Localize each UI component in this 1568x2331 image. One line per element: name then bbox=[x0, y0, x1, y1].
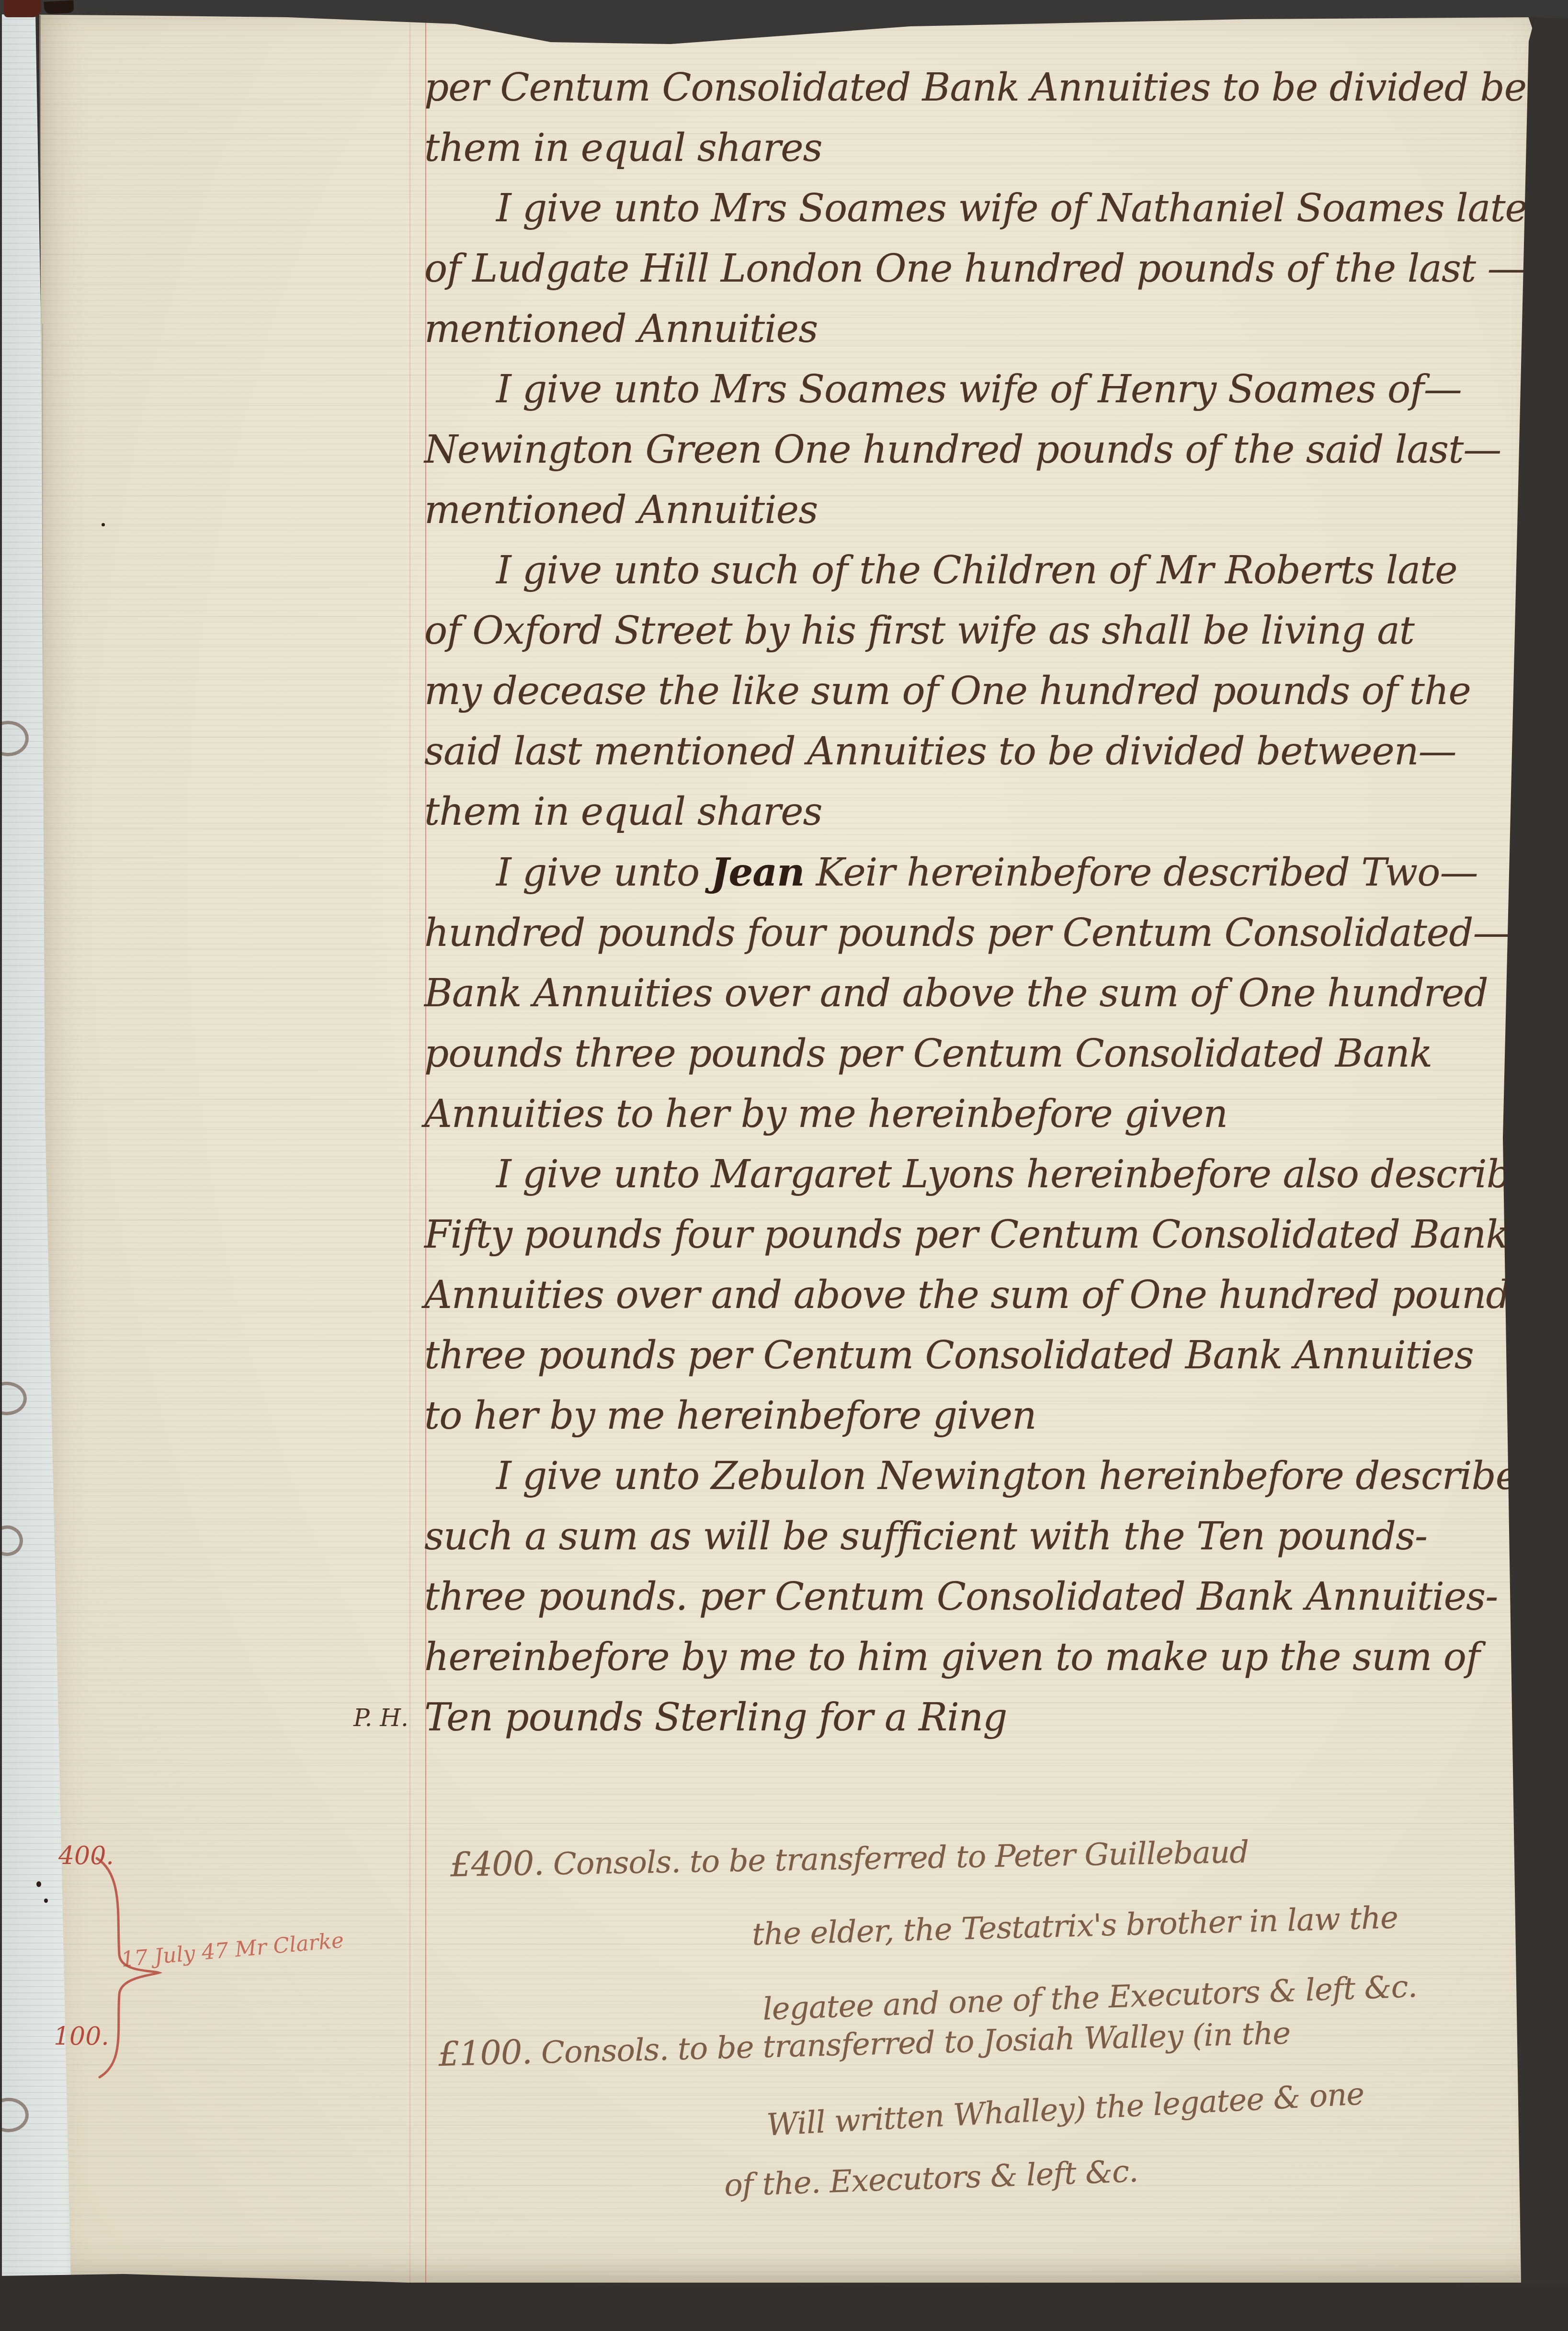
will-text-line: pounds three pounds per Centum Consolida… bbox=[424, 1023, 1526, 1084]
will-text-line: I give unto Zebulon Newington hereinbefo… bbox=[424, 1446, 1526, 1506]
will-text-line: mentioned Annuities bbox=[424, 480, 1526, 540]
will-text-line: Fifty pounds four pounds per Centum Cons… bbox=[424, 1205, 1526, 1265]
will-text-line: Newington Green One hundred pounds of th… bbox=[424, 420, 1526, 480]
will-text-line: hereinbefore by me to him given to make … bbox=[424, 1627, 1526, 1687]
will-text-line: my decease the like sum of One hundred p… bbox=[424, 661, 1526, 721]
will-text-line: I give unto Jean Keir hereinbefore descr… bbox=[424, 842, 1526, 903]
will-text-line: I give unto such of the Children of Mr R… bbox=[424, 540, 1526, 601]
will-text-line: I give unto Margaret Lyons hereinbefore … bbox=[424, 1144, 1526, 1205]
will-text-line: Annuities over and above the sum of One … bbox=[424, 1265, 1526, 1325]
will-text-line: of Ludgate Hill London One hundred pound… bbox=[424, 239, 1526, 299]
ink-speck bbox=[102, 523, 105, 526]
will-text-line: Annuities to her by me hereinbefore give… bbox=[424, 1084, 1526, 1144]
document-scan: per Centum Consolidated Bank Annuities t… bbox=[0, 0, 1568, 2331]
act-note-400-amount: £400. bbox=[450, 1843, 544, 1884]
will-text-line: I give unto Mrs Soames wife of Henry Soa… bbox=[424, 359, 1526, 420]
will-text: per Centum Consolidated Bank Annuities t… bbox=[424, 57, 1526, 1748]
will-text-line: mentioned Annuities bbox=[424, 299, 1526, 359]
act-note-100-amount: £100. bbox=[438, 2032, 532, 2074]
will-text-line: of Oxford Street by his first wife as sh… bbox=[424, 601, 1526, 661]
will-text-line: them in equal shares bbox=[424, 118, 1526, 178]
binding-leather-fragment bbox=[44, 0, 74, 14]
ink-bleed-mark bbox=[0, 1382, 27, 1415]
will-text-line: hundred pounds four pounds per Centum Co… bbox=[424, 903, 1526, 963]
margin-rule-faint bbox=[409, 12, 410, 2283]
binding-leather-fragment bbox=[4, 0, 41, 17]
will-text-line: three pounds per Centum Consolidated Ban… bbox=[424, 1325, 1526, 1386]
will-text-line: I give unto Mrs Soames wife of Nathaniel… bbox=[424, 178, 1526, 239]
brace-icon bbox=[92, 1856, 164, 2079]
will-text-line: three pounds. per Centum Consolidated Ba… bbox=[424, 1567, 1526, 1627]
will-text-line: said last mentioned Annuities to be divi… bbox=[424, 721, 1526, 782]
will-text-line: them in equal shares bbox=[424, 782, 1526, 842]
will-text-line: such a sum as will be sufficient with th… bbox=[424, 1506, 1526, 1567]
ink-bleed-mark bbox=[0, 721, 29, 756]
will-text-line: per Centum Consolidated Bank Annuities t… bbox=[424, 57, 1526, 118]
ink-bleed-mark bbox=[0, 2098, 29, 2132]
will-text-line: to her by me hereinbefore given bbox=[424, 1386, 1526, 1446]
ink-speck bbox=[44, 1899, 48, 1903]
ink-bleed-mark bbox=[0, 1525, 23, 1556]
will-text-line: Ten pounds Sterling for a Ring bbox=[424, 1687, 1526, 1748]
will-text-line: Bank Annuities over and above the sum of… bbox=[424, 963, 1526, 1023]
ink-speck bbox=[36, 1881, 41, 1887]
margin-initials: P. H. bbox=[353, 1704, 409, 1732]
